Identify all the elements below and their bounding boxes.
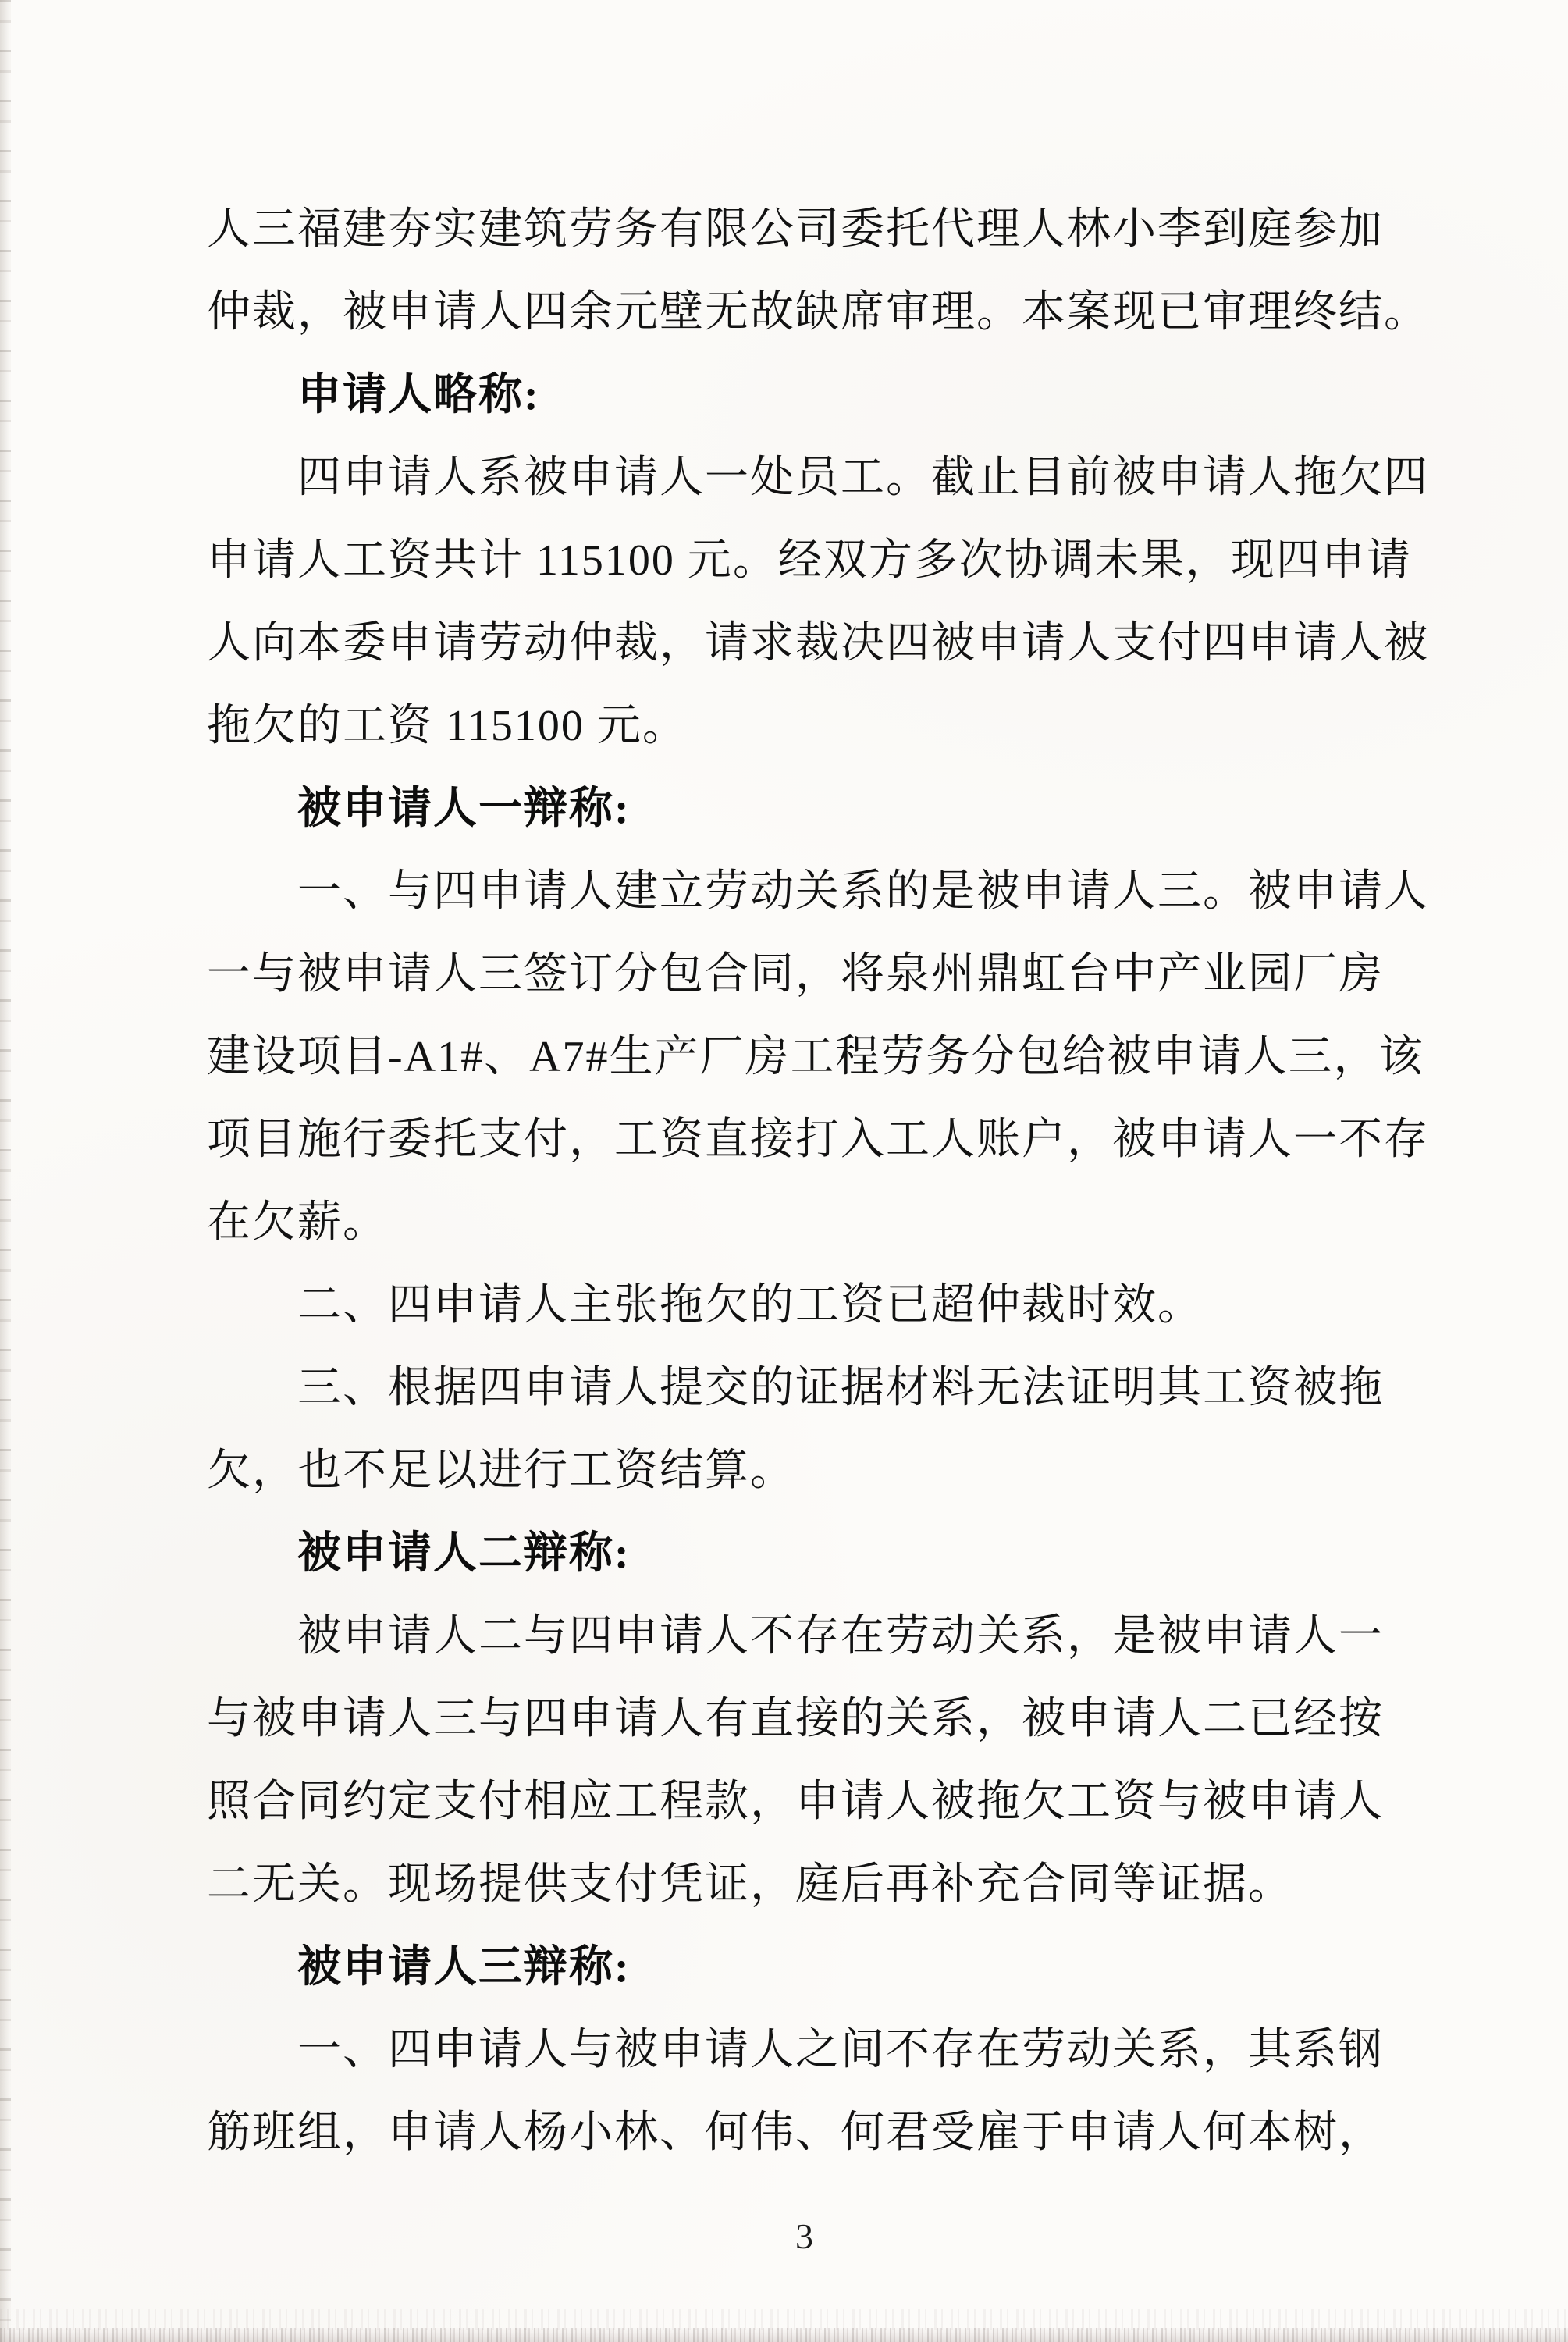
text-line: 人三福建夯实建筑劳务有限公司委托代理人林小李到庭参加 — [207, 188, 1424, 271]
text-line: 人向本委申请劳动仲裁，请求裁决四被申请人支付四申请人被 — [207, 602, 1424, 685]
text-line: 仲裁，被申请人四余元壁无故缺席审理。本案现已审理终结。 — [207, 271, 1424, 354]
document-page: 人三福建夯实建筑劳务有限公司委托代理人林小李到庭参加仲裁，被申请人四余元壁无故缺… — [0, 0, 1568, 2342]
section-heading-line: 被申请人二辩称: — [207, 1512, 1424, 1595]
scan-left-edge-artifact — [0, 0, 11, 2342]
document-body: 人三福建夯实建筑劳务有限公司委托代理人林小李到庭参加仲裁，被申请人四余元壁无故缺… — [207, 188, 1424, 2174]
text-line: 四申请人系被申请人一处员工。截止目前被申请人拖欠四 — [207, 436, 1424, 519]
text-line: 照合同约定支付相应工程款，申请人被拖欠工资与被申请人 — [207, 1760, 1424, 1843]
text-line: 三、根据四申请人提交的证据材料无法证明其工资被拖 — [207, 1347, 1424, 1429]
text-line: 筋班组，申请人杨小林、何伟、何君受雇于申请人何本树， — [207, 2091, 1424, 2174]
section-heading-line: 被申请人一辩称: — [207, 767, 1424, 850]
text-line: 与被申请人三与四申请人有直接的关系，被申请人二已经按 — [207, 1678, 1424, 1760]
text-line: 申请人工资共计 115100 元。经双方多次协调未果，现四申请 — [207, 519, 1424, 602]
text-line: 一、四申请人与被申请人之间不存在劳动关系，其系钢 — [207, 2009, 1424, 2091]
section-heading-line: 申请人略称: — [207, 354, 1424, 436]
section-heading-line: 被申请人三辩称: — [207, 1926, 1424, 2009]
text-line: 欠，也不足以进行工资结算。 — [207, 1429, 1424, 1512]
text-line: 在欠薪。 — [207, 1181, 1424, 1264]
text-line: 一与被申请人三签订分包合同，将泉州鼎虹台中产业园厂房 — [207, 933, 1424, 1016]
text-line: 拖欠的工资 115100 元。 — [207, 685, 1424, 767]
page-number: 3 — [20, 2216, 1568, 2257]
text-line: 二无关。现场提供支付凭证，庭后再补充合同等证据。 — [207, 1843, 1424, 1926]
scan-bottom-speckle-artifact — [0, 2309, 1568, 2330]
text-line: 建设项目-A1#、A7#生产厂房工程劳务分包给被申请人三，该 — [207, 1016, 1424, 1098]
text-line: 项目施行委托支付，工资直接打入工人账户，被申请人一不存 — [207, 1098, 1424, 1181]
text-line: 二、四申请人主张拖欠的工资已超仲裁时效。 — [207, 1264, 1424, 1347]
text-line: 被申请人二与四申请人不存在劳动关系，是被申请人一 — [207, 1595, 1424, 1678]
scan-bottom-edge-artifact — [0, 2328, 1568, 2342]
text-line: 一、与四申请人建立劳动关系的是被申请人三。被申请人 — [207, 850, 1424, 933]
